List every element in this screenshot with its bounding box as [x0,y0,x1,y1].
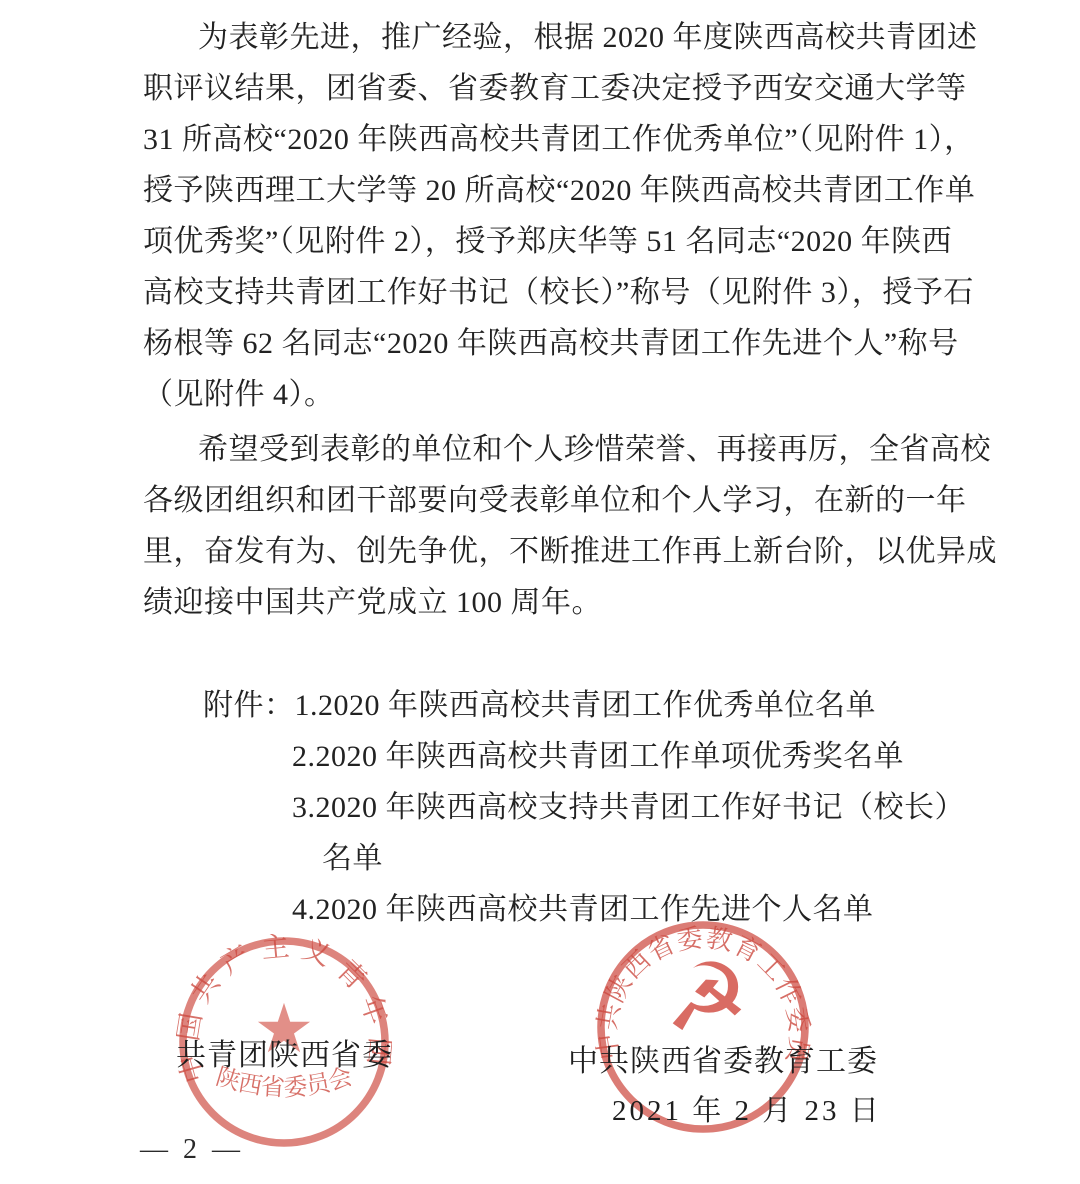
attachment-item: 3.2020 年陕西高校支持共青团工作好书记（校长） [143,782,967,833]
body-line: 杨根等 62 名同志“2020 年陕西高校共青团工作先进个人”称号 [143,318,967,369]
body-line: 绩迎接中国共产党成立 100 周年。 [143,577,967,628]
document-page: 为表彰先进，推广经验，根据 2020 年度陕西高校共青团述 职评议结果，团省委、… [0,0,1080,1184]
signature-date: 2021 年 2 月 23 日 [612,1088,882,1129]
signature-right-org: 中共陕西省委教育工委 [568,1036,878,1080]
body-line: 里，奋发有为、创先争优，不断推进工作再上新台阶，以优异成 [143,526,967,577]
body-line: 授予陕西理工大学等 20 所高校“2020 年陕西高校共青团工作单 [143,165,967,216]
hammer-sickle-icon: ☭ [598,952,816,1046]
attachment-item: 2.2020 年陕西高校共青团工作单项优秀奖名单 [143,731,967,782]
paragraph-2: 希望受到表彰的单位和个人珍惜荣誉、再接再厉，全省高校 各级团组织和团干部要向受表… [143,424,967,628]
body-line: 31 所高校“2020 年陕西高校共青团工作优秀单位”（见附件 1）， [143,114,967,165]
document-body: 为表彰先进，推广经验，根据 2020 年度陕西高校共青团述 职评议结果，团省委、… [143,12,967,935]
body-line: 希望受到表彰的单位和个人珍惜荣誉、再接再厉，全省高校 [143,424,967,475]
paragraph-1: 为表彰先进，推广经验，根据 2020 年度陕西高校共青团述 职评议结果，团省委、… [143,12,967,420]
body-line: 职评议结果，团省委、省委教育工委决定授予西安交通大学等 [143,63,967,114]
attachment-line: 附件：1.2020 年陕西高校共青团工作优秀单位名单 [143,680,967,731]
attachment-list: 附件：1.2020 年陕西高校共青团工作优秀单位名单 2.2020 年陕西高校共… [143,680,967,935]
body-line: （见附件 4）。 [143,369,967,420]
body-line: 各级团组织和团干部要向受表彰单位和个人学习，在新的一年 [143,475,967,526]
page-number: — 2 — [140,1134,244,1166]
body-line: 项优秀奖”（见附件 2），授予郑庆华等 51 名同志“2020 年陕西 [143,216,967,267]
signature-left-org: 共青团陕西省委 [176,1030,393,1074]
attachment-item: 1.2020 年陕西高校共青团工作优秀单位名单 [295,689,877,722]
body-line: 为表彰先进，推广经验，根据 2020 年度陕西高校共青团述 [143,12,967,63]
attachment-label: 附件： [203,689,295,722]
body-line: 高校支持共青团工作好书记（校长）”称号（见附件 3），授予石 [143,267,967,318]
attachment-item-continuation: 名单 [143,833,967,884]
attachment-item: 4.2020 年陕西高校共青团工作先进个人名单 [143,884,967,935]
